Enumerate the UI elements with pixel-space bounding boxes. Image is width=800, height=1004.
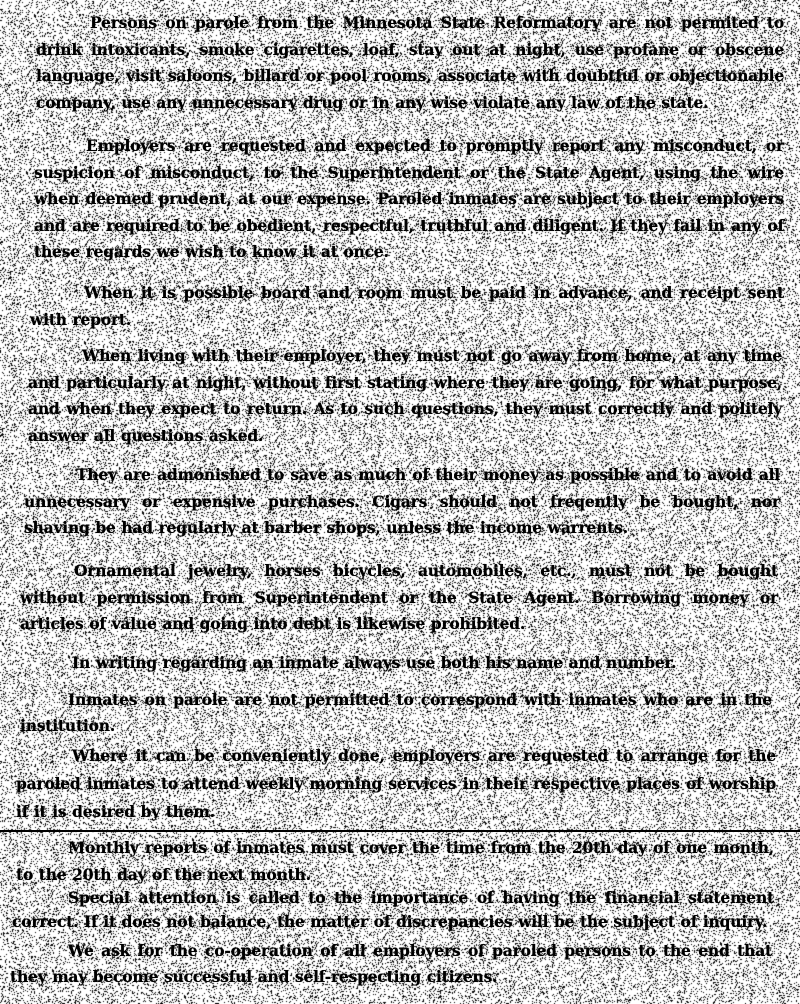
paragraph-board-and-room: When it is possible board and room must … (30, 280, 784, 333)
paragraph-monthly-reports: Monthly reports of inmates must cover th… (16, 835, 774, 888)
paragraph-cooperation: We ask for the co-operation of all emplo… (10, 938, 772, 990)
paragraph-conduct-rules: Persons on parole from the Minnesota Sta… (36, 10, 784, 116)
horizontal-divider (0, 830, 800, 832)
paragraph-saving-money: They are admonished to save as much of t… (24, 462, 780, 542)
document-page: Persons on parole from the Minnesota Sta… (0, 0, 800, 1004)
paragraph-employer-reporting: Employers are requested and expected to … (34, 133, 784, 266)
paragraph-worship-services: Where it can be conveniently done, emplo… (16, 742, 776, 826)
paragraph-financial-statement: Special attention is called to the impor… (12, 886, 774, 934)
paragraph-correspondence: Inmates on parole are not permitted to c… (20, 687, 772, 739)
paragraph-living-with-employer: When living with their employer, they mu… (28, 343, 782, 449)
paragraph-purchases-permission: Ornamental jewelry, horses bicycles, aut… (20, 558, 778, 638)
paragraph-writing-regarding-inmate: In writing regarding an inmate always us… (72, 650, 772, 676)
